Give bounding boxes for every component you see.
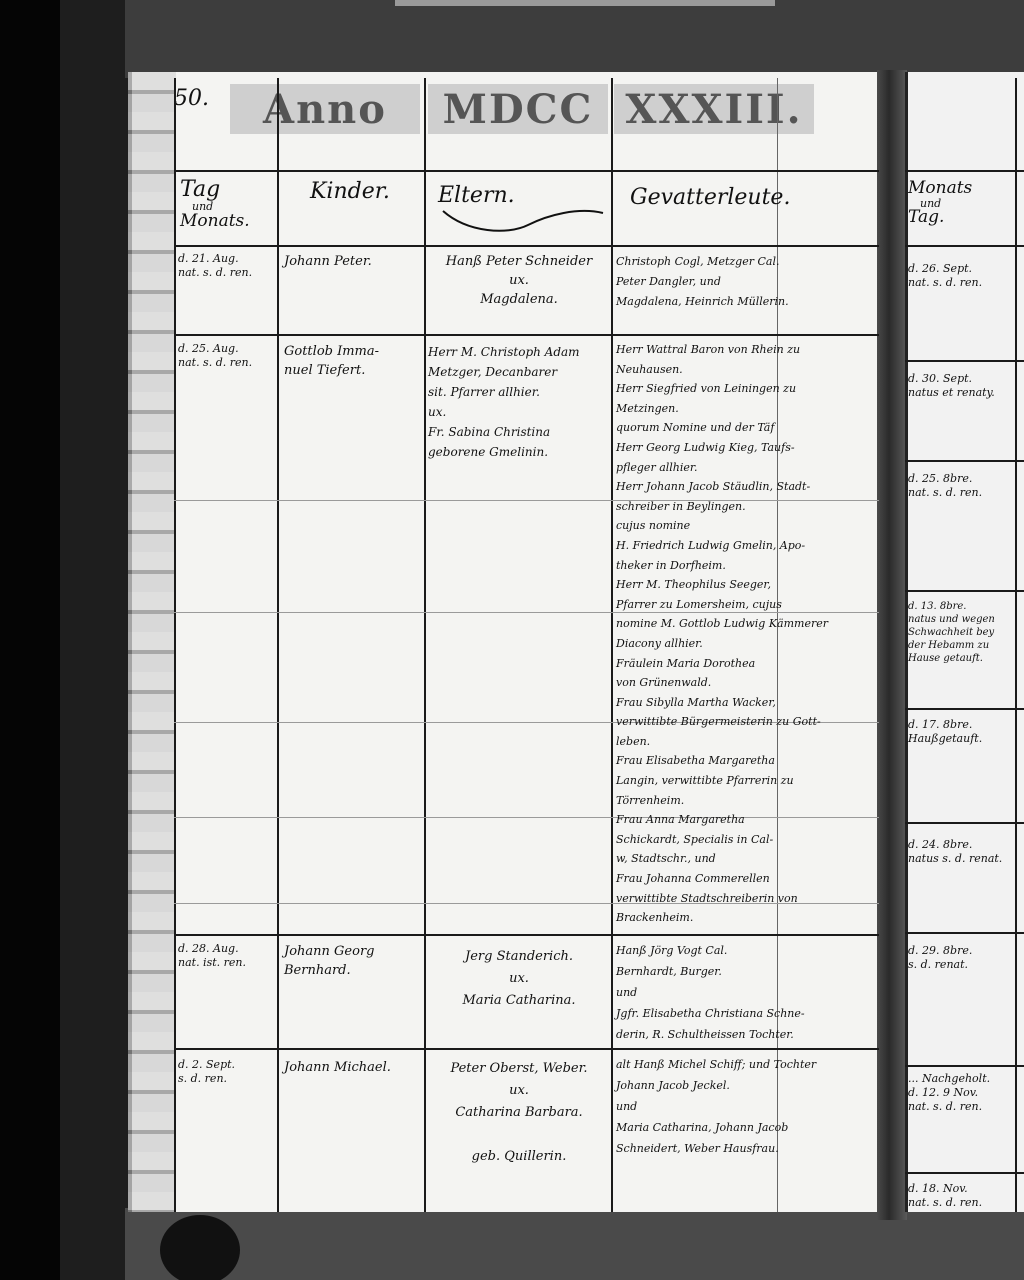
entry-date: d. 2. Sept. s. d. ren. — [178, 1058, 274, 1086]
row-rule — [905, 1172, 1024, 1174]
header-godparents-label: Gevatterleute. — [630, 185, 790, 210]
entry-date: d. 21. Aug. nat. s. d. ren. — [178, 252, 274, 280]
entry-child: Johann Georg Bernhard. — [284, 942, 422, 980]
book-gutter — [877, 70, 907, 1220]
header-godparents: Gevatterleute. — [630, 186, 790, 209]
year-banner-text: MDCC — [443, 86, 594, 133]
header-child-label: Kinder. — [310, 179, 390, 204]
right-entry-date: d. 25. 8bre. nat. s. d. ren. — [908, 472, 1013, 500]
row-rule — [174, 934, 879, 936]
entry-parents: Jerg Standerich. ux. Maria Catharina. — [428, 946, 610, 1012]
year-banner-text: Anno — [263, 86, 387, 133]
entry-parents: Peter Oberst, Weber. ux. Catharina Barba… — [428, 1058, 610, 1168]
header-right-line1: Monats — [908, 178, 972, 198]
right-entry-date: d. 29. 8bre. s. d. renat. — [908, 944, 1013, 972]
header-right-line3: Tag. — [908, 207, 944, 227]
row-rule — [905, 245, 1024, 247]
column-rule — [424, 78, 426, 1212]
entry-godparents: Hanß Jörg Vogt Cal. Bernhardt, Burger. u… — [616, 940, 878, 1045]
entry-date: d. 28. Aug. nat. ist. ren. — [178, 942, 274, 970]
row-rule — [174, 1048, 879, 1050]
header-right-date: Monats und Tag. — [908, 180, 1008, 227]
entry-godparents: Herr Wattral Baron von Rhein zu Neuhause… — [616, 340, 878, 928]
header-child: Kinder. — [310, 180, 390, 203]
row-rule — [905, 822, 1024, 824]
page-number: 50. — [174, 86, 209, 111]
scan-background-band — [60, 0, 130, 1280]
right-entry-date: d. 17. 8bre. Haußgetauft. — [908, 718, 1013, 746]
header-date: Tag und Monats. — [180, 178, 275, 230]
year-banner-text: XXXIII. — [625, 86, 802, 133]
entry-parents: Hanß Peter Schneider ux. Magdalena. — [428, 252, 610, 309]
row-rule — [174, 245, 879, 247]
entry-child: Johann Peter. — [284, 252, 422, 271]
column-rule — [174, 78, 176, 1212]
year-banner-mdcc: MDCC — [428, 84, 608, 134]
right-entry-date: d. 26. Sept. nat. s. d. ren. — [908, 262, 1013, 290]
right-entry-date: d. 30. Sept. natus et renaty. — [908, 372, 1013, 400]
header-parents-label: Eltern. — [438, 183, 515, 208]
row-rule — [905, 708, 1024, 710]
row-rule — [905, 460, 1024, 462]
right-entry-date: d. 18. Nov. nat. s. d. ren. — [908, 1182, 1013, 1210]
page-corner-shadow — [160, 1215, 240, 1280]
row-rule — [905, 932, 1024, 934]
year-banner-anno: Anno — [230, 84, 420, 134]
scan-top-strip — [395, 0, 775, 6]
header-date-line1: Tag — [180, 177, 220, 202]
scan-background-top — [125, 0, 1024, 78]
header-date-line3: Monats. — [180, 211, 250, 231]
entry-godparents: alt Hanß Michel Schiff; und Tochter Joha… — [616, 1054, 878, 1159]
row-rule — [905, 170, 1024, 172]
column-rule — [1015, 78, 1017, 1212]
column-rule — [611, 78, 613, 1212]
year-banner-xxxiii: XXXIII. — [614, 84, 814, 134]
row-rule — [174, 334, 879, 336]
right-entry-date: ... Nachgeholt. d. 12. 9 Nov. nat. s. d.… — [908, 1072, 1013, 1114]
right-entry-date: d. 24. 8bre. natus s. d. renat. — [908, 838, 1013, 866]
row-rule — [905, 590, 1024, 592]
column-rule — [277, 78, 279, 1212]
right-entry-date: d. 13. 8bre. natus und wegen Schwachheit… — [908, 600, 1013, 665]
entry-child: Gottlob Imma- nuel Tiefert. — [284, 342, 422, 380]
entry-date: d. 25. Aug. nat. s. d. ren. — [178, 342, 274, 370]
entry-godparents: Christoph Cogl, Metzger Cal. Peter Dangl… — [616, 252, 878, 312]
row-rule — [174, 170, 879, 172]
row-rule — [905, 1065, 1024, 1067]
header-parents: Eltern. — [438, 184, 608, 233]
row-rule — [905, 360, 1024, 362]
page-binding-edge — [128, 72, 176, 1212]
entry-parents: Herr M. Christoph Adam Metzger, Decanbar… — [428, 342, 610, 462]
entry-child: Johann Michael. — [284, 1058, 422, 1077]
